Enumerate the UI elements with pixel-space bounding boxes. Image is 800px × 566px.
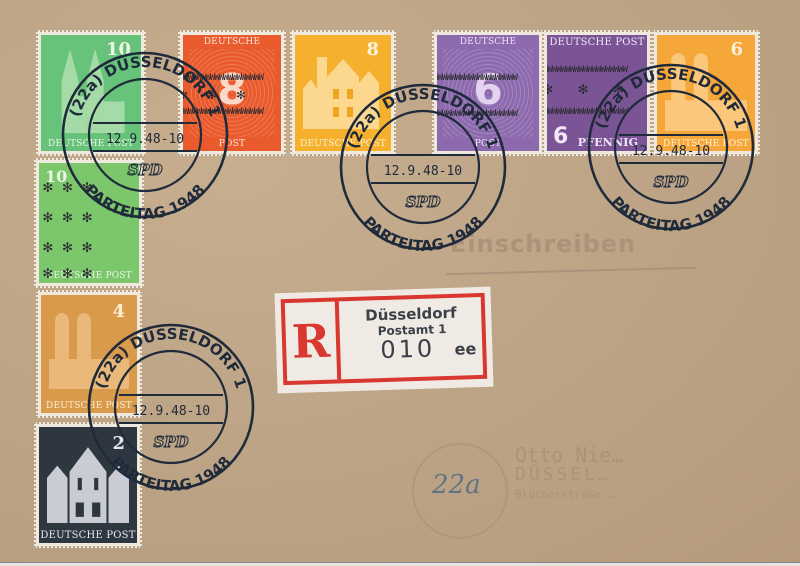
stamp-banner: POST (437, 139, 539, 149)
sender-line: Blücherstraße … (515, 485, 623, 505)
stamp-6pf-sower: DEUTSCHE POST 6 PFENNIG WWWWWWWWWWWWWWWW… (542, 30, 652, 156)
stamp-10pf-sower: 10 DEUTSCHE POST ✻✻✻ ✻✻✻ ✻✻✻ ✻✻✻ (34, 158, 144, 288)
stamp-face: 10 DEUTSCHE POST (41, 35, 141, 151)
stamp-face: DEUTSCHE POST 6 PFENNIG WWWWWWWWWWWWWWWW… (547, 35, 647, 151)
stamp-face: 8 DEUTSCHE POST (295, 35, 391, 151)
posthorn-overprint: ✻ ✻ ✻ (183, 87, 281, 103)
posthorn-overprint: WWWWWWWWWWWWWWWWWWW (437, 73, 539, 83)
stamp-2pf-roemer: 2 DEUTSCHE POST (34, 422, 142, 548)
stamp-face: 2 DEUTSCHE POST (39, 427, 137, 543)
stamp-banner: POST (183, 139, 281, 149)
sender-line: Otto Nie… (515, 445, 623, 465)
stamp-banner: DEUTSCHE (183, 37, 281, 47)
roemer-icon (47, 441, 129, 523)
stamp-6pf-numeral: DEUTSCHE 6 POST WWWWWWWWWWWWWWWWWWW WWWW… (432, 30, 544, 156)
town-hall-icon (303, 49, 383, 129)
sender-line: DÜSSEL… (515, 465, 623, 485)
frauenkirche-icon (49, 309, 129, 389)
posthorn-overprint: ✻✻✻ (43, 237, 139, 256)
scan-edge (0, 562, 800, 566)
cathedral-icon (49, 49, 133, 133)
stamp-value: 6 (553, 124, 568, 149)
stamp-face: 6 DEUTSCHE POST (657, 35, 755, 151)
stamp-banner: DEUTSCHE POST (657, 139, 755, 149)
posthorn-overprint: ✻✻✻ (43, 177, 139, 196)
posthorn-overprint: WWWWWWWWWWWWWWWWWWW (437, 109, 539, 119)
posthorn-overprint: WWWWWWWWWWWWWWWWWWW (183, 73, 281, 83)
pencil-note: 22a (432, 470, 481, 500)
registration-number: 010 (380, 334, 436, 364)
stamp-8pf-numeral: DEUTSCHE 8 POST WWWWWWWWWWWWWWWWWWW ✻ ✻ … (178, 30, 286, 156)
stamp-banner: DEUTSCHE POST (295, 139, 391, 149)
stamp-banner: PFENNIG (569, 136, 647, 149)
frauenkirche-icon (665, 49, 747, 131)
registration-label: R Düsseldorf Postamt 1 010 ee (274, 287, 493, 394)
posthorn-overprint: ✻✻✻ (43, 263, 139, 282)
registration-suffix: ee (454, 339, 476, 359)
registration-letter: R (285, 301, 341, 381)
sender-address: Otto Nie… DÜSSEL… Blücherstraße … (515, 445, 623, 505)
stamp-banner: DEUTSCHE POST (41, 139, 141, 149)
posthorn-overprint: WWWWWWWWWWWWWWWWWWW (547, 65, 647, 75)
stamp-face: 10 DEUTSCHE POST ✻✻✻ ✻✻✻ ✻✻✻ ✻✻✻ (39, 163, 139, 283)
stamp-banner: DEUTSCHE (437, 37, 539, 47)
posthorn-overprint: ✻✻✻ (43, 207, 139, 226)
posthorn-overprint: WWWWWWWWWWWWWWWWWWW (547, 107, 647, 117)
posthorn-overprint: WWWWWWWWWWWWWWWWWWW (183, 107, 281, 117)
stamp-banner: DEUTSCHE POST (41, 401, 137, 411)
stamp-6pf-frauenkirche: 6 DEUTSCHE POST (652, 30, 760, 156)
stamp-4pf-frauenkirche: 4 DEUTSCHE POST (36, 290, 142, 418)
stamp-banner: DEUTSCHE POST (547, 37, 647, 48)
einschreiben-handstamp: Einschreiben (450, 230, 636, 258)
stamp-10pf-cathedral: 10 DEUTSCHE POST (36, 30, 146, 156)
posthorn-overprint: ✻ ✻ ✻ (547, 79, 647, 98)
stamp-face: DEUTSCHE 6 POST WWWWWWWWWWWWWWWWWWW WWWW… (437, 35, 539, 151)
stamp-face: 4 DEUTSCHE POST (41, 295, 137, 413)
stamp-banner: DEUTSCHE POST (39, 530, 137, 541)
stamp-face: DEUTSCHE 8 POST WWWWWWWWWWWWWWWWWWW ✻ ✻ … (183, 35, 281, 151)
stamp-8pf-town-hall: 8 DEUTSCHE POST (290, 30, 396, 156)
